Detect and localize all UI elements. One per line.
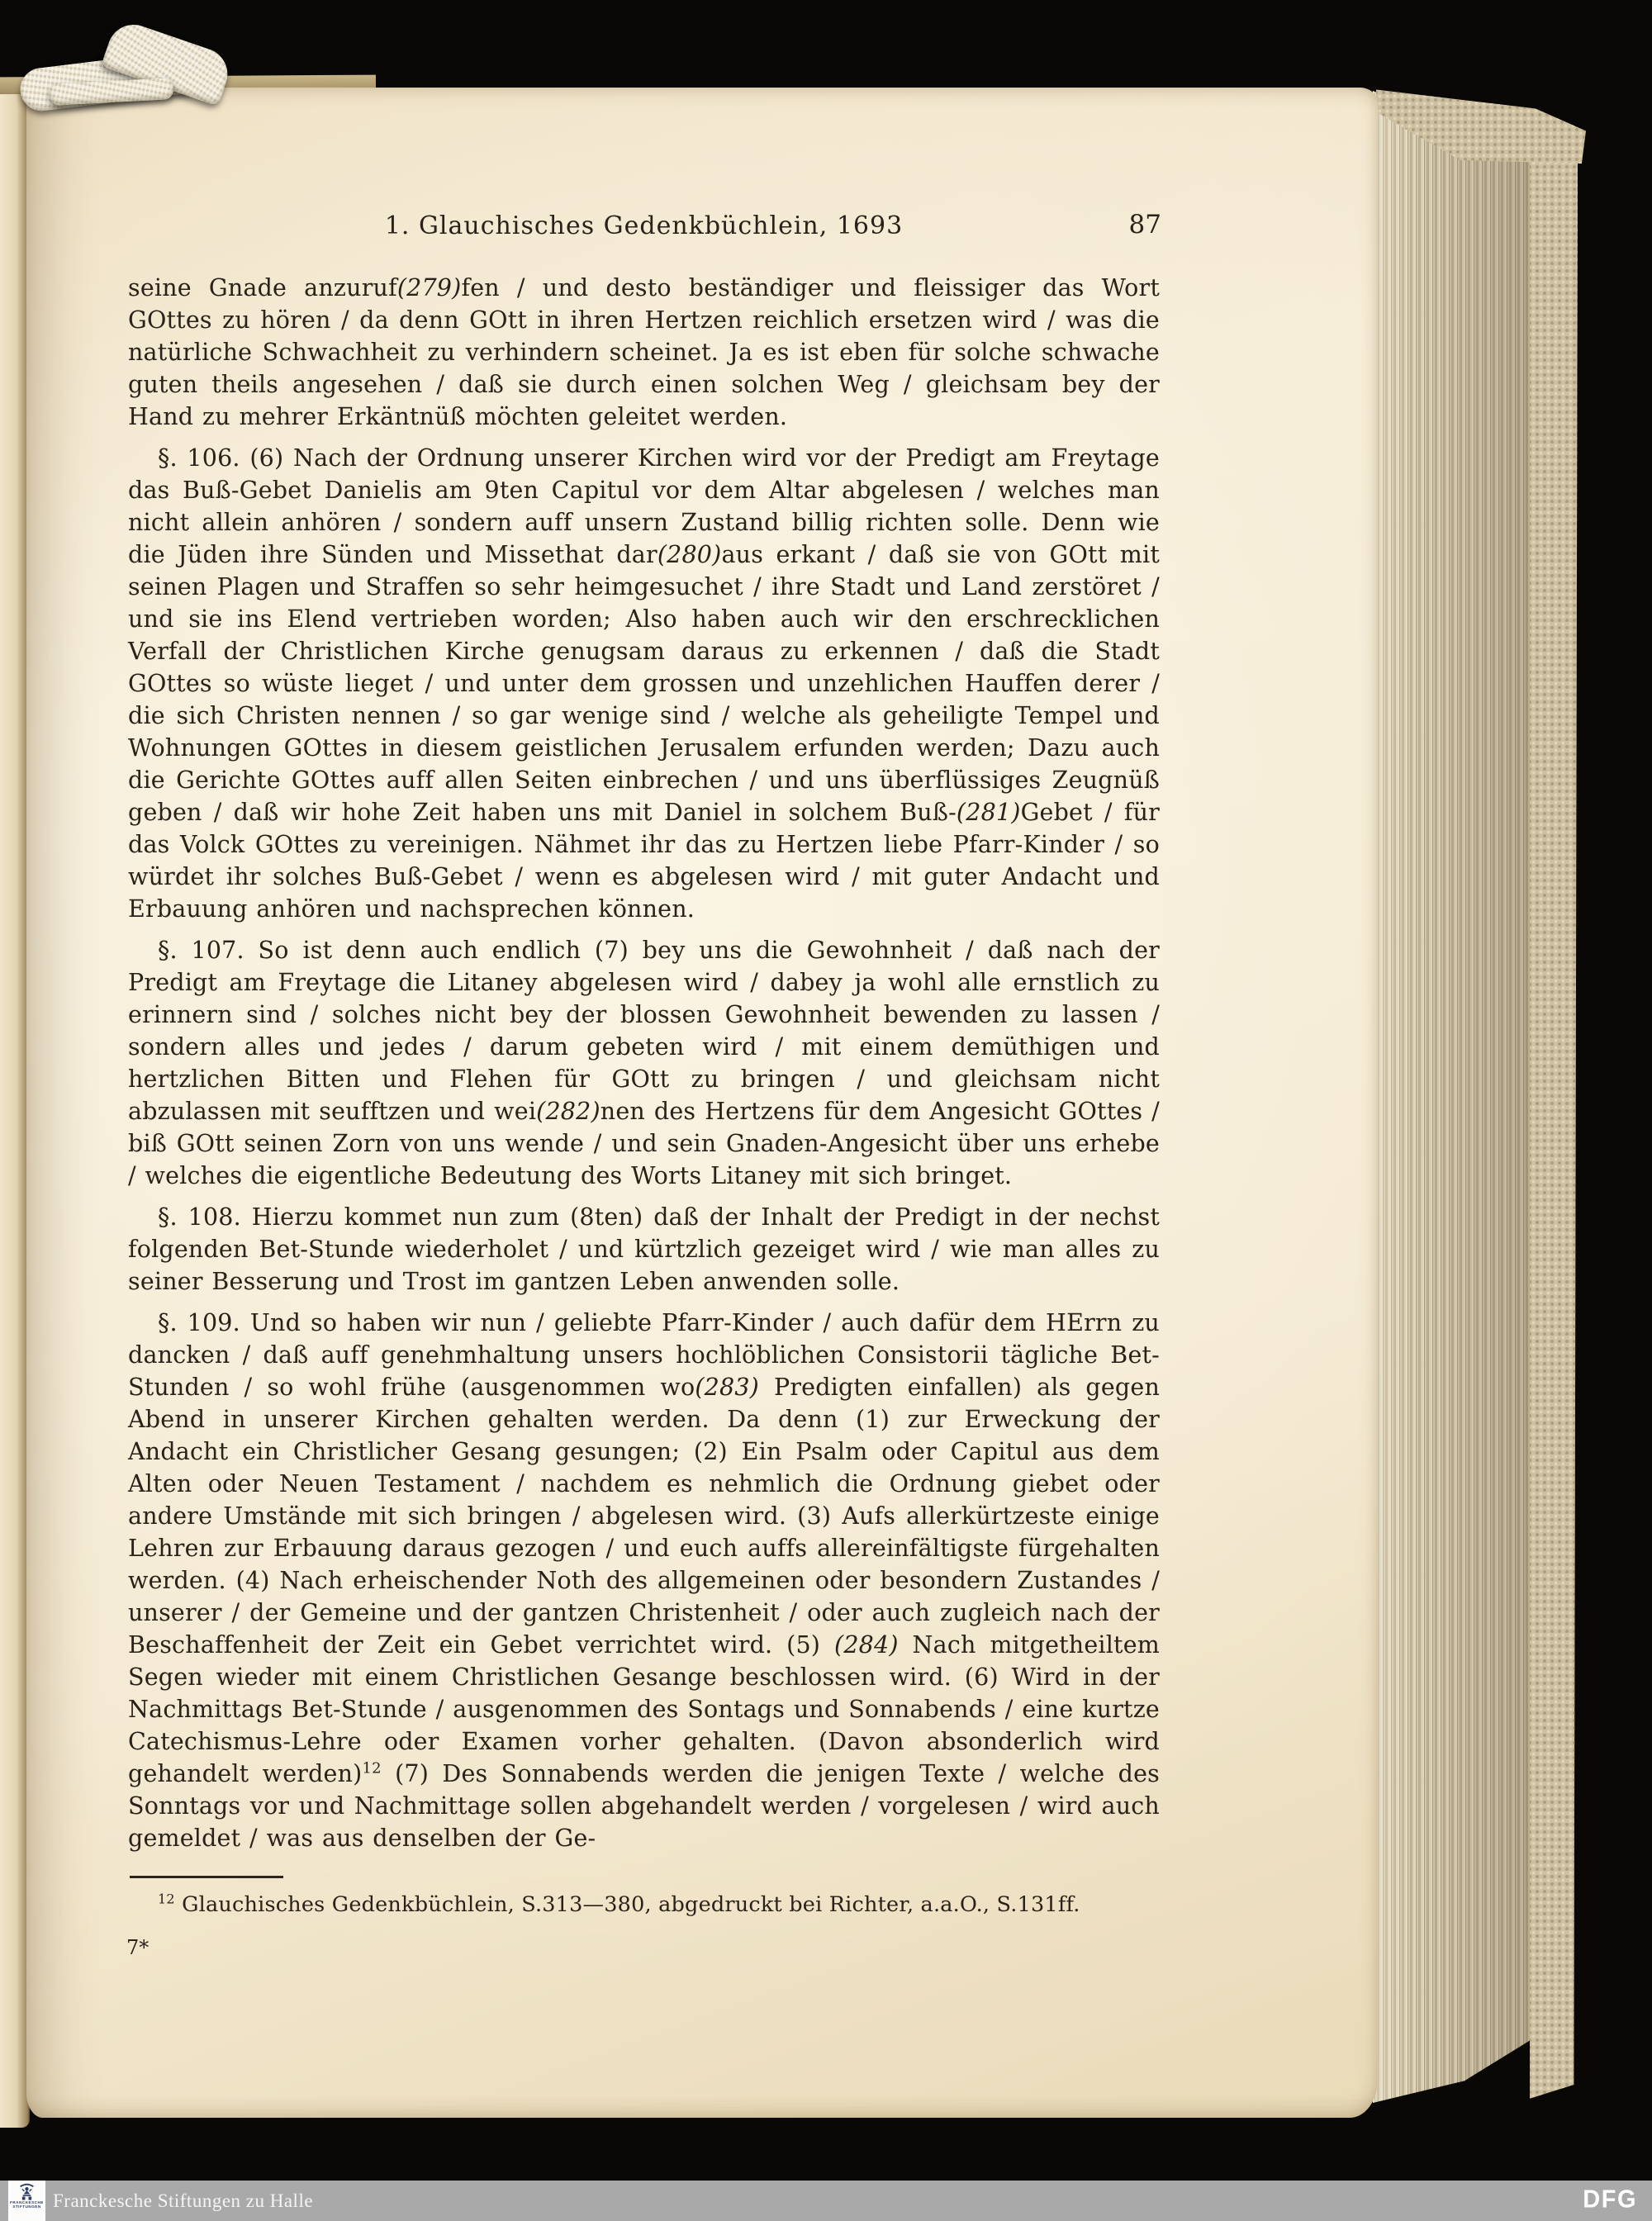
body-text: seine Gnade anzuruf(279)fen / und desto … xyxy=(128,272,1160,1854)
footnote: 12 Glauchisches Gedenkbüchlein, S.313—38… xyxy=(128,1891,1160,1918)
folio-marker: (279) xyxy=(397,274,462,301)
footnote-text: Glauchisches Gedenkbüchlein, S.313—380, … xyxy=(175,1892,1080,1917)
folio-marker: (282) xyxy=(536,1098,601,1125)
footer-bar: FRANCKESCHE STIFTUNGEN Franckesche Stift… xyxy=(0,2181,1652,2221)
text-run: §. 107. So ist denn auch endlich (7) bey… xyxy=(128,937,1160,1125)
page-number: 87 xyxy=(1129,210,1161,240)
institution-name: Franckesche Stiftungen zu Halle xyxy=(53,2181,313,2221)
folio-marker: (284) xyxy=(834,1631,899,1659)
chapter-title: 1. Glauchisches Gedenkbüchlein, 1693 xyxy=(385,211,903,240)
footnote-separator xyxy=(130,1876,283,1878)
body-paragraph: §. 108. Hierzu kommet nun zum (8ten) daß… xyxy=(128,1201,1160,1298)
dfg-logo[interactable]: DFG xyxy=(1583,2185,1637,2214)
franckesche-stiftungen-logo[interactable]: FRANCKESCHE STIFTUNGEN xyxy=(8,2181,45,2221)
body-paragraph: seine Gnade anzuruf(279)fen / und desto … xyxy=(128,272,1160,433)
text-run: Predigten einfallen) als gegen Abend in … xyxy=(128,1374,1160,1659)
folio-marker: (281) xyxy=(957,799,1021,826)
facing-page-edge xyxy=(0,94,30,2128)
body-paragraph: §. 107. So ist denn auch endlich (7) bey… xyxy=(128,934,1160,1192)
book-page: 1. Glauchisches Gedenkbüchlein, 1693 87 … xyxy=(26,88,1378,2118)
body-paragraph: §. 106. (6) Nach der Ordnung unserer Kir… xyxy=(128,442,1160,925)
logo-text-line-2: STIFTUNGEN xyxy=(12,2204,40,2209)
footnote-reference: 12 xyxy=(362,1760,381,1777)
body-paragraph: §. 109. Und so haben wir nun / geliebte … xyxy=(128,1307,1160,1854)
signature-mark: 7* xyxy=(126,1936,1160,1959)
text-run: seine Gnade anzuruf xyxy=(128,274,397,301)
footnote-marker: 12 xyxy=(158,1891,175,1907)
text-run: aus erkant / daß sie von GOtt mit seinen… xyxy=(128,541,1160,826)
book-cover-cloth-edge xyxy=(1530,122,1578,2105)
text-run: §. 108. Hierzu kommet nun zum (8ten) daß… xyxy=(128,1203,1160,1295)
francke-figure-icon xyxy=(18,2182,36,2200)
folio-marker: (283) xyxy=(695,1374,759,1401)
running-head: 1. Glauchisches Gedenkbüchlein, 1693 87 xyxy=(128,211,1160,240)
folio-marker: (280) xyxy=(657,541,722,568)
fore-edge-page-stack xyxy=(1373,91,1540,2103)
